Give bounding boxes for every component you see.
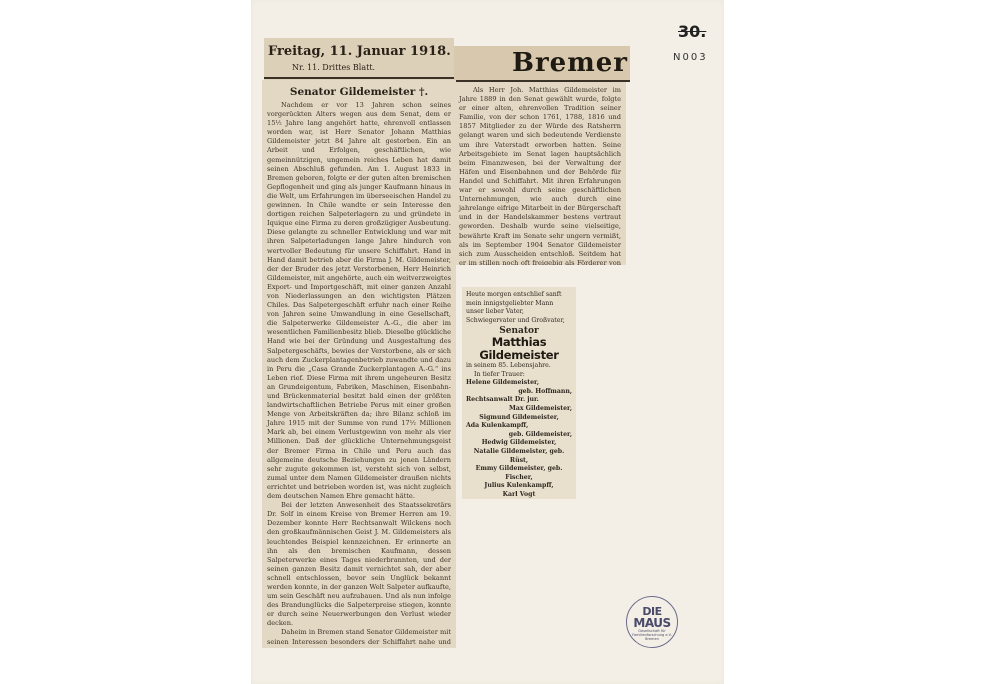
mourner-line: Julius Kulenkampff,	[466, 482, 572, 491]
mourner-line: Karl Vogt	[466, 491, 572, 499]
handwritten-page-number: 30.	[678, 22, 706, 41]
death-notice: Heute morgen entschlief sanft mein innig…	[462, 287, 576, 499]
masthead-clipping: Bremer N	[454, 46, 630, 82]
mourner-line: Hedwig Gildemeister,	[466, 439, 572, 448]
newspaper-masthead: Bremer N	[512, 48, 630, 78]
header-rule	[264, 77, 454, 79]
archive-stamp: DIE MAUS Gesellschaft für Familienforsch…	[626, 596, 678, 648]
issue-number: Nr. 11. Drittes Blatt.	[292, 63, 375, 72]
handwritten-code: N003	[673, 52, 708, 63]
article-body: Nachdem er vor 13 Jahren schon seines vo…	[262, 101, 456, 648]
continuation-paragraph: Als Herr Joh. Matthias Gildemeister im J…	[459, 86, 621, 265]
continuation-body: Als Herr Joh. Matthias Gildemeister im J…	[454, 82, 626, 265]
article-title: Senator Gildemeister †.	[262, 86, 456, 98]
mourners-list: Helene Gildemeister,geb. Hoffmann,Rechts…	[466, 379, 572, 499]
notice-intro: Heute morgen entschlief sanft mein innig…	[466, 291, 572, 325]
mourner-line: Ada Kulenkampff,	[466, 422, 572, 431]
article-continuation-clipping: Als Herr Joh. Matthias Gildemeister im J…	[454, 82, 626, 265]
issue-date: Freitag, 11. Januar 1918.	[268, 44, 451, 59]
date-header-clipping: Freitag, 11. Januar 1918. Nr. 11. Dritte…	[264, 38, 454, 80]
mourner-line: geb. Hoffmann,	[466, 388, 572, 397]
obituary-article-clipping: Senator Gildemeister †. Nachdem er vor 1…	[262, 80, 456, 648]
mourner-line: Natalie Gildemeister, geb. Rüst,	[466, 448, 572, 465]
mourner-line: Emmy Gildemeister, geb. Fischer,	[466, 465, 572, 482]
article-paragraph: Bei der letzten Anwesenheit des Staatsse…	[267, 501, 451, 628]
mourner-line: geb. Gildemeister,	[466, 431, 572, 440]
notice-age: in seinem 85. Lebensjahre.	[466, 362, 572, 371]
mourner-line: Sigmund Gildemeister,	[466, 414, 572, 423]
mourner-line: Rechtsanwalt Dr. jur.	[466, 396, 572, 405]
mourner-line: Helene Gildemeister,	[466, 379, 572, 388]
article-paragraph: Nachdem er vor 13 Jahren schon seines vo…	[267, 101, 451, 501]
mourning-label: In tiefer Trauer:	[466, 371, 572, 380]
death-notice-clipping: Heute morgen entschlief sanft mein innig…	[462, 287, 576, 499]
stamp-line-2: MAUS	[627, 617, 677, 629]
article-paragraph: Daheim in Bremen stand Senator Gildemeis…	[267, 628, 451, 648]
mourner-line: Max Gildemeister,	[466, 405, 572, 414]
deceased-name: Matthias Gildemeister	[466, 336, 572, 362]
stamp-line-3: Gesellschaft für Familienforschung e.V. …	[627, 629, 677, 641]
